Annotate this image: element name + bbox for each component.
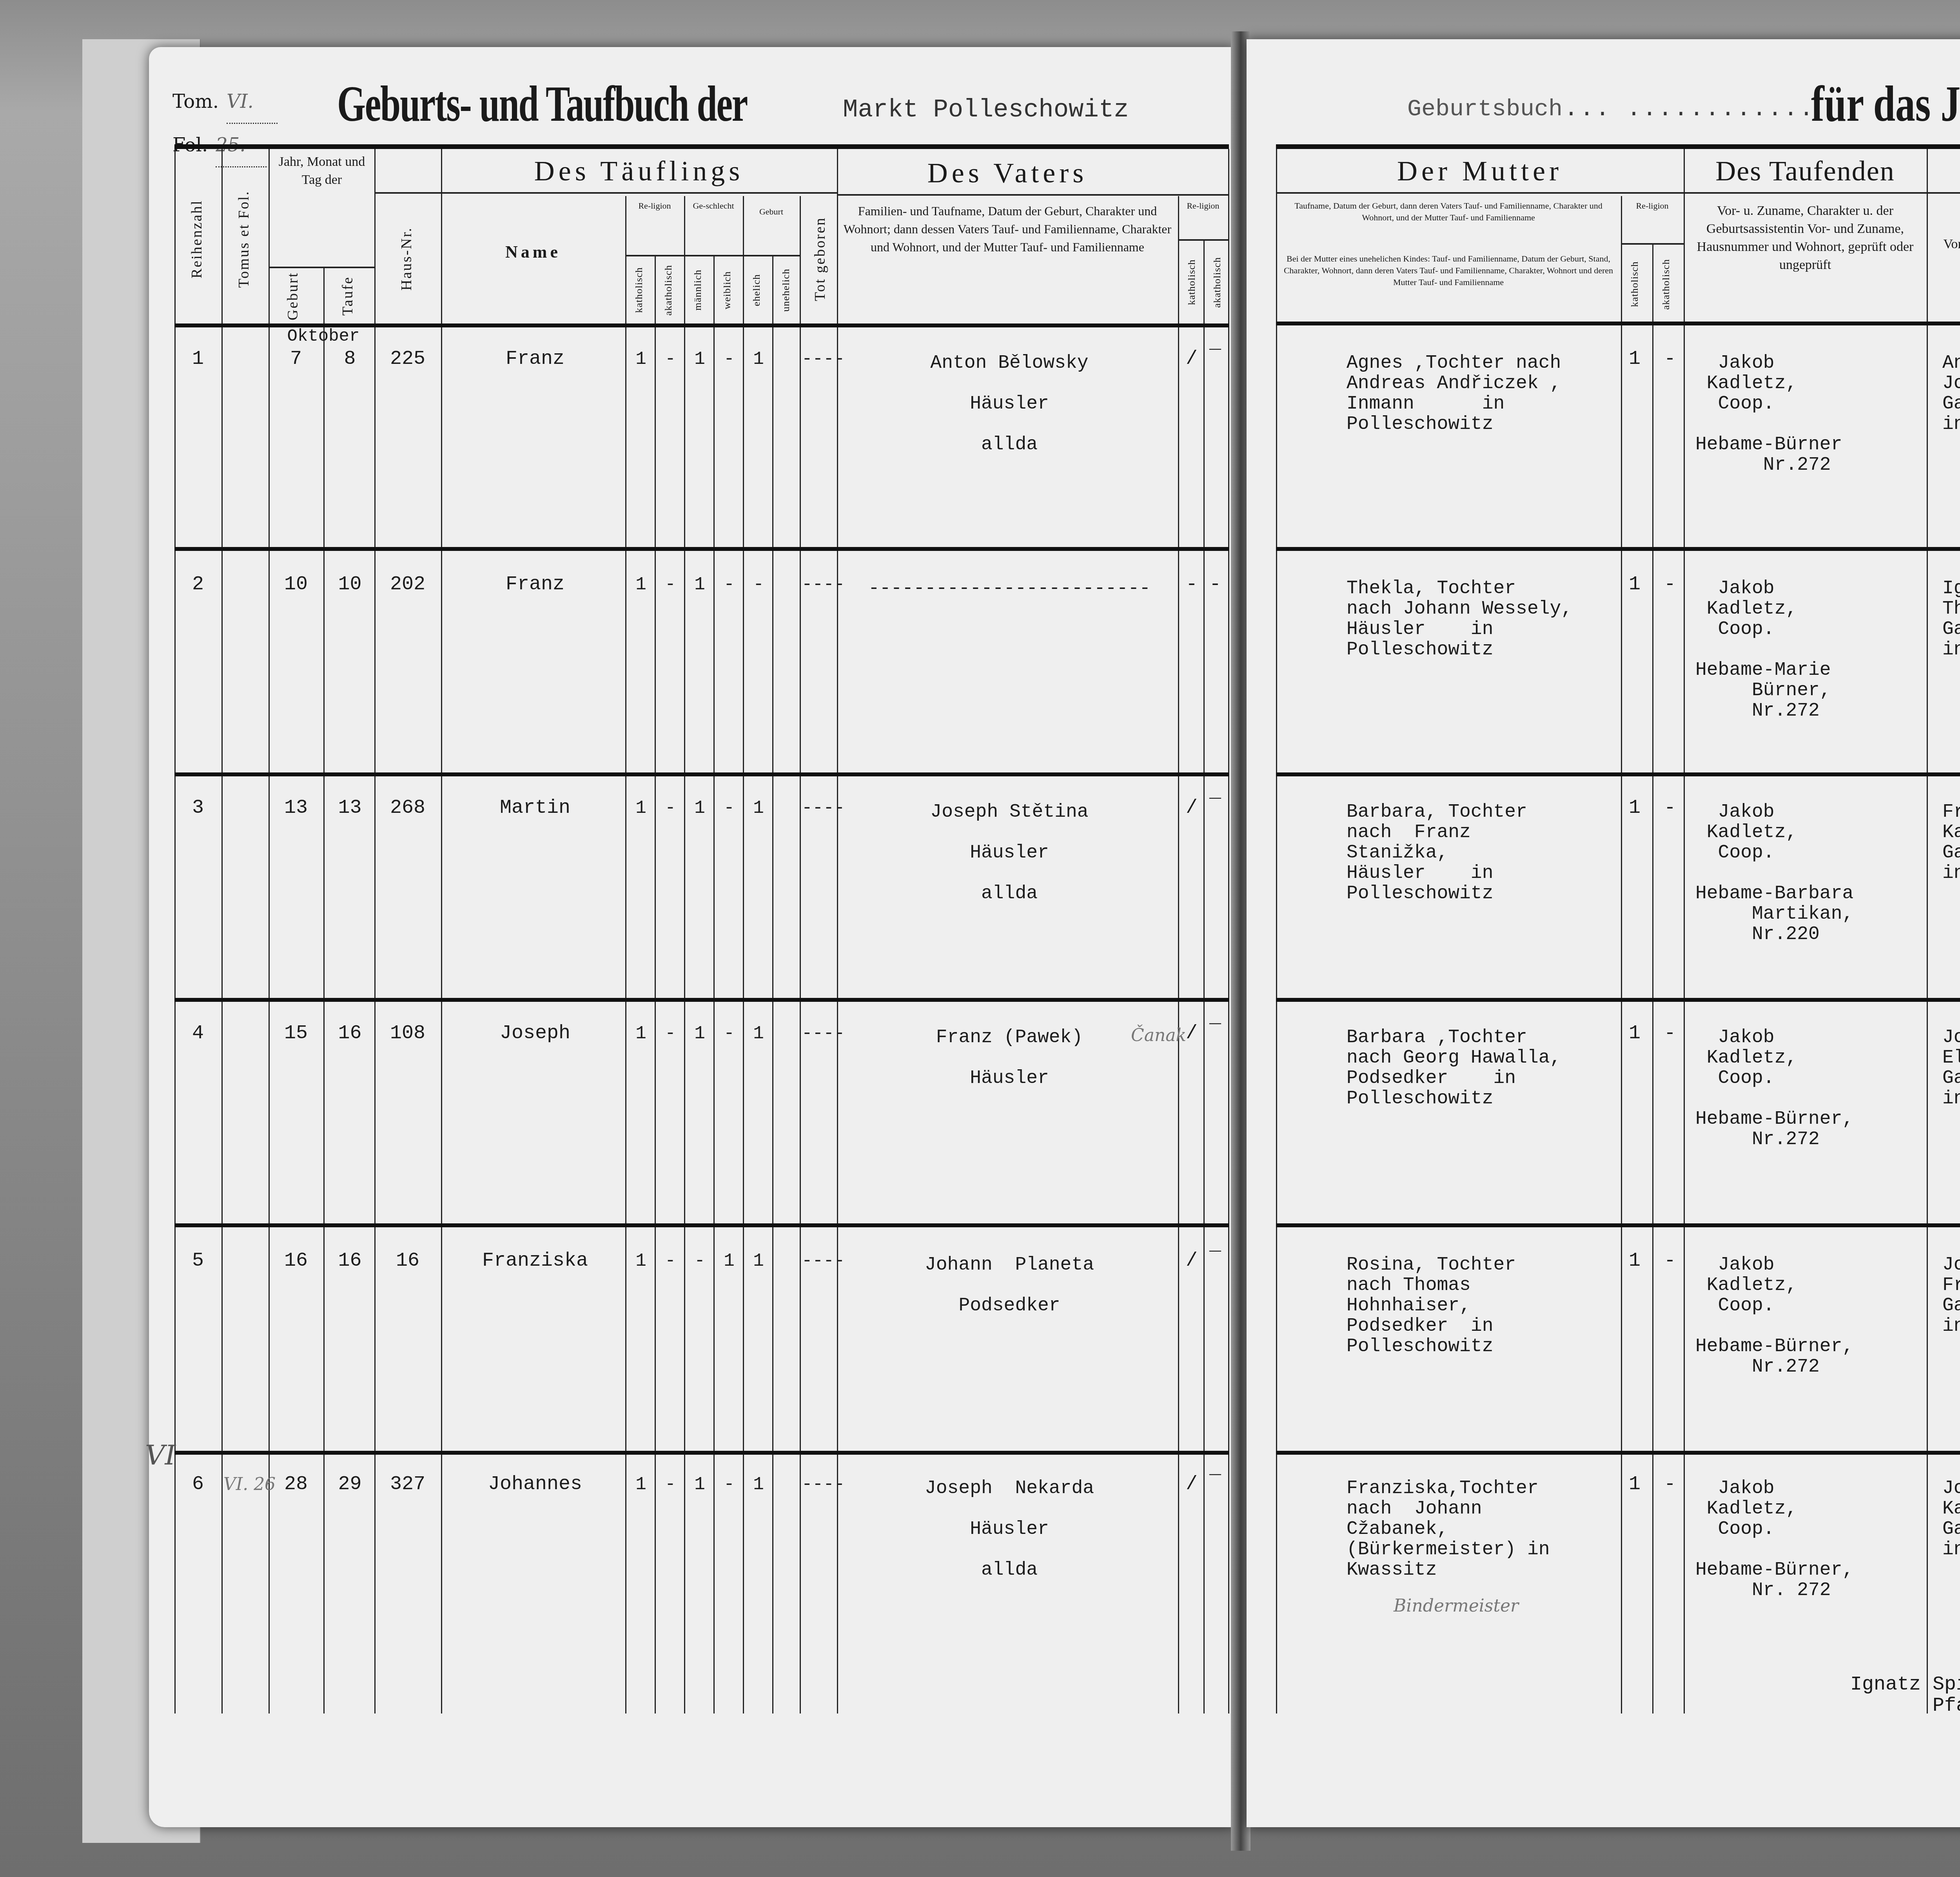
header-paten-desc: Vor- und Zuname, Charakter und Wohnort (1942, 235, 1960, 253)
entry-godparents: Ignaz Wanda, Theresia dessen Gattin -Häu… (1942, 578, 1960, 660)
entry-mother: Barbara ,Tochter nach Georg Hawalla, Pod… (1347, 1027, 1621, 1109)
header-tot-geboren: Tot geboren (811, 196, 829, 322)
parish-place: Markt Polleschowitz (843, 96, 1129, 124)
pastor-signature: Ignatz Spielvogel m/p Pfarrer. (1850, 1674, 1960, 1717)
header-mutter-desc: Taufname, Datum der Geburt, dann deren V… (1280, 200, 1617, 223)
header-religion: Re-ligion (625, 200, 684, 212)
entry-mother-religion: 1 - (1623, 1023, 1682, 1044)
entry-akatholisch: - (657, 1023, 684, 1044)
entry-baptism-day: 29 (325, 1474, 374, 1495)
header-vater-religion: Re-ligion (1178, 200, 1228, 212)
entry-tomus: VI. 26 (223, 1474, 267, 1495)
entry-weiblich: - (715, 574, 743, 595)
entry-child-name: Martin (445, 798, 625, 818)
entry-officiant: Jakob Kadletz, Coop. Hebame-Bürner, Nr.2… (1695, 1255, 1923, 1377)
header-date-group: Jahr, Monat und Tag der (270, 153, 373, 189)
entry-weiblich: 1 (715, 1251, 743, 1271)
entry-father: Joseph Stětina Häusler allda (841, 802, 1178, 904)
entry-maennlich: 1 (686, 798, 713, 818)
entry-father-religion: / ‾ (1180, 1251, 1227, 1271)
entry-godparents: Anton Hrachowina, Johanna, dessen Gattin… (1942, 353, 1960, 434)
entry-number: 5 (182, 1251, 214, 1271)
entry-maennlich: 1 (686, 1023, 713, 1044)
entry-officiant: Jakob Kadletz, Coop. Hebame-Bürner, Nr. … (1695, 1478, 1923, 1601)
entry-house-number: 202 (376, 574, 439, 595)
entry-godparents: Johann Wadiura , Katharina dessen Gattin… (1942, 1478, 1960, 1560)
month-label: Oktober (270, 326, 376, 347)
entry-tot-geboren: ---- (802, 1023, 837, 1044)
entry-godparents: Joseph Wadiura, Franziska dessen Gattin … (1942, 1255, 1960, 1336)
header-taufe: Taufe (339, 271, 356, 322)
header-vater-akatholisch: akatholisch (1211, 243, 1223, 322)
header-ehelich: ehelich (751, 259, 762, 322)
entry-father: ------------------------- (841, 578, 1178, 599)
entry-house-number: 225 (376, 349, 439, 369)
entry-baptism-day: 16 (325, 1251, 374, 1271)
entry-mother: Barbara, Tochter nach Franz Stanižka, Hä… (1347, 802, 1621, 904)
entry-father-religion: / ‾ (1180, 1474, 1227, 1495)
header-vaters-desc: Familien- und Taufname, Datum der Geburt… (843, 202, 1172, 256)
entry-akatholisch: - (657, 574, 684, 595)
entry-child-name: Franz (445, 574, 625, 595)
entry-mother-handwritten-correction: Bindermeister (1394, 1596, 1519, 1616)
tom-value: VI. (227, 80, 278, 124)
entry-ehelich: - (745, 574, 772, 595)
header-mutter-akatholisch: akatholisch (1660, 247, 1672, 322)
entry-mother-religion: 1 - (1623, 1474, 1682, 1495)
entry-number: 1 (182, 349, 214, 369)
entry-akatholisch: - (657, 1474, 684, 1495)
entry-father-religion: / ‾ (1180, 798, 1227, 818)
entry-birth-day: 13 (270, 798, 321, 818)
header-vater-katholisch: katholisch (1186, 243, 1198, 322)
entry-weiblich: - (715, 1023, 743, 1044)
header-name: Name (441, 243, 625, 261)
header-maennlich: männlich (692, 259, 704, 322)
entry-officiant: Jakob Kadletz, Coop. Hebame-Bürner Nr.27… (1695, 353, 1923, 475)
entry-mother: Rosina, Tochter nach Thomas Hohnhaiser, … (1347, 1255, 1621, 1357)
entry-weiblich: - (715, 349, 743, 369)
entry-father-religion: / ‾ (1180, 349, 1227, 369)
entry-katholisch: 1 (627, 1023, 655, 1044)
book-type-dots: ... ............ (1564, 96, 1815, 123)
entry-godparents: Joseph Weihmüller, Elisabeth dessen Gatt… (1942, 1027, 1960, 1109)
header-haus-nr: Haus-Nr. (398, 196, 415, 322)
entry-child-name: Johannes (445, 1474, 625, 1495)
entry-officiant: Jakob Kadletz, Coop. Hebame-Marie Bürner… (1695, 578, 1923, 721)
header-paten: Der Paten (1927, 155, 1960, 187)
entry-number: 6 (182, 1474, 214, 1495)
entry-baptism-day: 13 (325, 798, 374, 818)
entry-godparents: Franz Janik , Katharina -dessen Gattin-P… (1942, 802, 1960, 883)
entry-father: Johann Planeta Podsedker (841, 1255, 1178, 1316)
entry-maennlich: 1 (686, 1474, 713, 1495)
header-mutter-religion: Re-ligion (1621, 200, 1684, 212)
entry-father: Anton Bělowsky Häusler allda (841, 353, 1178, 455)
entry-katholisch: 1 (627, 574, 655, 595)
entry-maennlich: - (686, 1251, 713, 1271)
entry-father: Joseph Nekarda Häusler allda (841, 1478, 1178, 1580)
entry-officiant: Jakob Kadletz, Coop. Hebame-Bürner, Nr.2… (1695, 1027, 1923, 1150)
book-type-label: Geburtsbuch (1407, 96, 1563, 123)
entry-father-handwritten-correction: Čanak (1131, 1025, 1186, 1046)
margin-note-tomus: VI (145, 1439, 176, 1471)
header-reihenzahl: Reihenzahl (188, 157, 205, 322)
header-katholisch: katholisch (633, 259, 645, 322)
entry-father-religion: - - (1180, 574, 1227, 595)
entry-birth-day: 10 (270, 574, 321, 595)
entry-akatholisch: - (657, 798, 684, 818)
entry-baptism-day: 10 (325, 574, 374, 595)
header-mutter-katholisch: katholisch (1629, 247, 1641, 322)
entry-katholisch: 1 (627, 1474, 655, 1495)
entry-tot-geboren: ---- (802, 1474, 837, 1495)
header-mutter: Der Mutter (1276, 155, 1684, 187)
header-weiblich: weiblich (721, 259, 733, 322)
header-taufenden-desc: Vor- u. Zuname, Charakter u. der Geburts… (1691, 202, 1919, 274)
header-mutter-desc-unehelich: Bei der Mutter eines unehelichen Kindes:… (1280, 253, 1617, 288)
entry-katholisch: 1 (627, 349, 655, 369)
entry-officiant: Jakob Kadletz, Coop. Hebame-Barbara Mart… (1695, 802, 1923, 945)
entry-ehelich: 1 (745, 1474, 772, 1495)
tom-label: Tom. (172, 91, 219, 113)
entry-ehelich: 1 (745, 798, 772, 818)
entry-number: 2 (182, 574, 214, 595)
entry-weiblich: - (715, 798, 743, 818)
entry-katholisch: 1 (627, 1251, 655, 1271)
entry-ehelich: 1 (745, 1023, 772, 1044)
entry-birth-day: 15 (270, 1023, 321, 1044)
header-vaters: Des Vaters (837, 157, 1178, 189)
entry-father-religion: / ‾ (1180, 1023, 1227, 1044)
entry-maennlich: 1 (686, 349, 713, 369)
header-geburt: Geburt (284, 271, 301, 322)
entry-katholisch: 1 (627, 798, 655, 818)
entry-baptism-day: 8 (325, 349, 374, 369)
header-taufenden: Des Taufenden (1684, 155, 1927, 187)
entry-mother-religion: 1 - (1623, 349, 1682, 369)
entry-tot-geboren: ---- (802, 1251, 837, 1271)
entry-house-number: 16 (376, 1251, 439, 1271)
entry-birth-day: 7 (270, 349, 321, 369)
header-geburt-group: Geburt (743, 206, 800, 218)
entry-house-number: 268 (376, 798, 439, 818)
entry-ehelich: 1 (745, 349, 772, 369)
entry-number: 4 (182, 1023, 214, 1044)
entry-tot-geboren: ---- (802, 574, 837, 595)
entry-child-name: Joseph (445, 1023, 625, 1044)
entry-mother: Agnes ,Tochter nach Andreas Andřiczek , … (1347, 353, 1621, 434)
entry-mother-religion: 1 - (1623, 574, 1682, 595)
entry-maennlich: 1 (686, 574, 713, 595)
entry-house-number: 108 (376, 1023, 439, 1044)
entry-child-name: Franziska (445, 1251, 625, 1271)
entry-child-name: Franz (445, 349, 625, 369)
header-tomus-fol: Tomus et Fol. (235, 157, 252, 322)
entry-birth-day: 28 (270, 1474, 321, 1495)
header-taeuflings: Des Täuflings (441, 155, 837, 187)
entry-mother-religion: 1 - (1623, 1251, 1682, 1271)
entry-baptism-day: 16 (325, 1023, 374, 1044)
entry-house-number: 327 (376, 1474, 439, 1495)
entry-birth-day: 16 (270, 1251, 321, 1271)
entry-mother: Franziska,Tochter nach Johann Cžabanek, … (1347, 1478, 1621, 1580)
entry-tot-geboren: ---- (802, 798, 837, 818)
entry-father: Franz (Pawek) Häusler (841, 1027, 1178, 1088)
register-title: Geburts- und Taufbuch der (337, 74, 747, 133)
entry-mother-religion: 1 - (1623, 798, 1682, 818)
entry-weiblich: - (715, 1474, 743, 1495)
year-title: für das Jahr 193 (1811, 74, 1960, 133)
entry-tot-geboren: ---- (802, 349, 837, 369)
header-geschlecht: Ge-schlecht (684, 200, 743, 212)
header-akatholisch: akatholisch (662, 259, 674, 322)
entry-akatholisch: - (657, 349, 684, 369)
entry-number: 3 (182, 798, 214, 818)
entry-akatholisch: - (657, 1251, 684, 1271)
entry-mother: Thekla, Tochter nach Johann Wessely, Häu… (1347, 578, 1621, 660)
entry-ehelich: 1 (745, 1251, 772, 1271)
header-unehelich: unehelich (780, 259, 792, 322)
